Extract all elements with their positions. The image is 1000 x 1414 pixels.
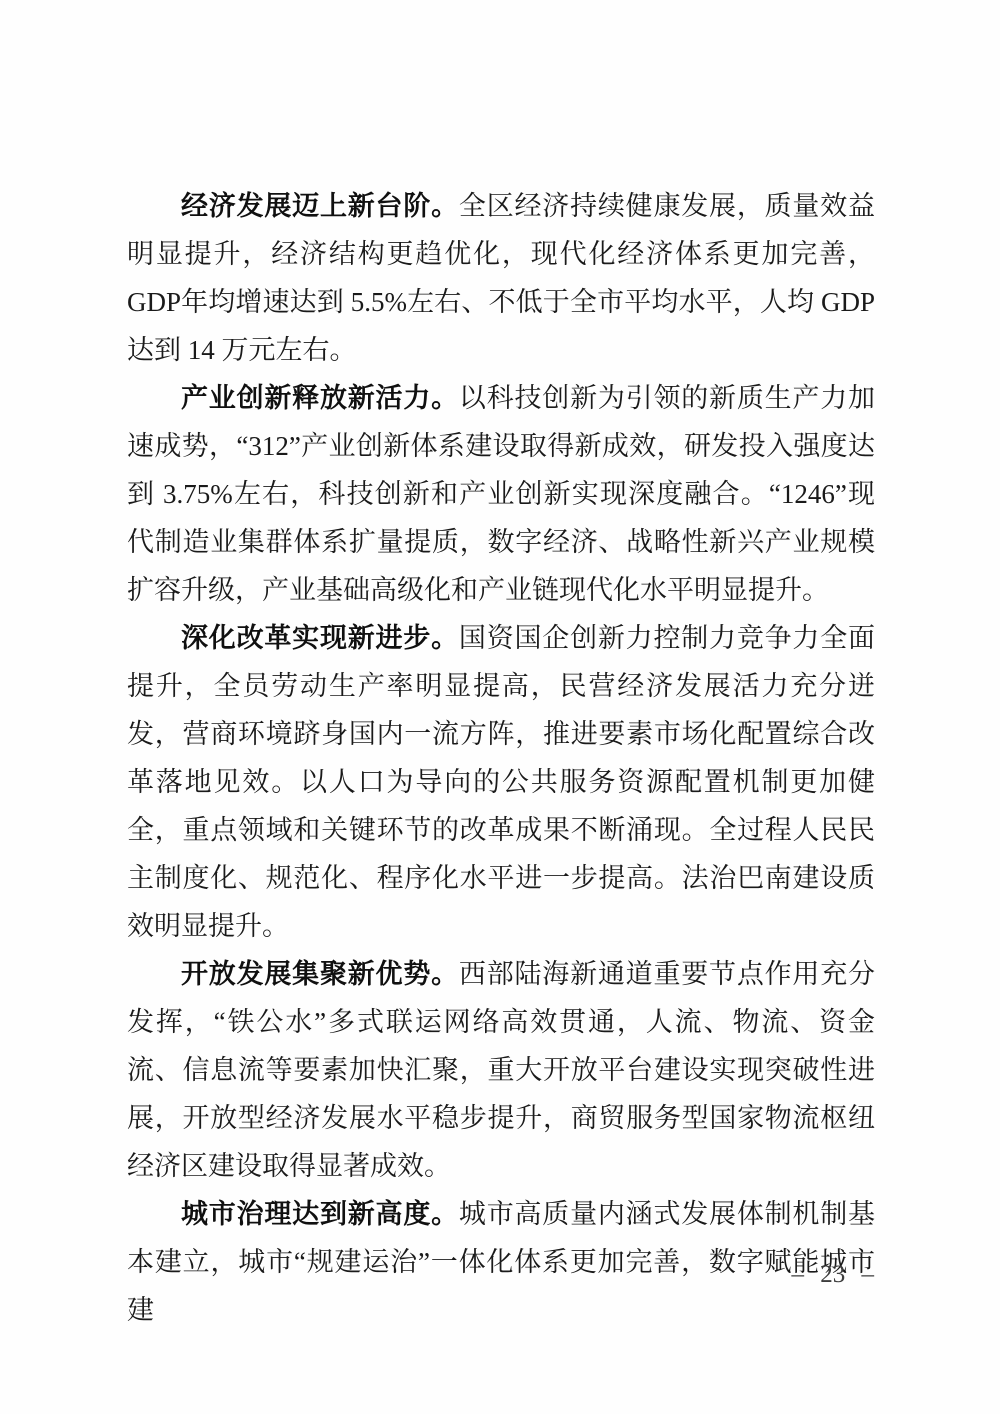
paragraph-text: 以科技创新为引领的新质生产力加速成势，“312”产业创新体系建设取得新成效，研发… (127, 383, 875, 605)
paragraph-lead: 城市治理达到新高度。 (181, 1199, 459, 1229)
document-page: 经济发展迈上新台阶。全区经济持续健康发展，质量效益明显提升，经济结构更趋优化，现… (0, 0, 1000, 1414)
paragraph-economic-development: 经济发展迈上新台阶。全区经济持续健康发展，质量效益明显提升，经济结构更趋优化，现… (127, 182, 875, 374)
paragraph-reform-progress: 深化改革实现新进步。国资国企创新力控制力竞争力全面提升，全员劳动生产率明显提高，… (127, 614, 875, 950)
paragraph-lead: 产业创新释放新活力。 (181, 383, 459, 413)
paragraph-urban-governance: 城市治理达到新高度。城市高质量内涵式发展体制机制基本建立，城市“规建运治”一体化… (127, 1190, 875, 1334)
paragraph-lead: 开放发展集聚新优势。 (181, 959, 459, 989)
paragraph-industrial-innovation: 产业创新释放新活力。以科技创新为引领的新质生产力加速成势，“312”产业创新体系… (127, 374, 875, 614)
paragraph-lead: 深化改革实现新进步。 (181, 623, 459, 653)
paragraph-opening-up: 开放发展集聚新优势。西部陆海新通道重要节点作用充分发挥，“铁公水”多式联运网络高… (127, 950, 875, 1190)
page-number: – 23 – (792, 1260, 875, 1290)
paragraph-text: 国资国企创新力控制力竞争力全面提升，全员劳动生产率明显提高，民营经济发展活力充分… (127, 623, 875, 941)
paragraph-lead: 经济发展迈上新台阶。 (181, 191, 459, 221)
document-body: 经济发展迈上新台阶。全区经济持续健康发展，质量效益明显提升，经济结构更趋优化，现… (127, 182, 875, 1334)
paragraph-text: 西部陆海新通道重要节点作用充分发挥，“铁公水”多式联运网络高效贯通，人流、物流、… (127, 959, 875, 1181)
